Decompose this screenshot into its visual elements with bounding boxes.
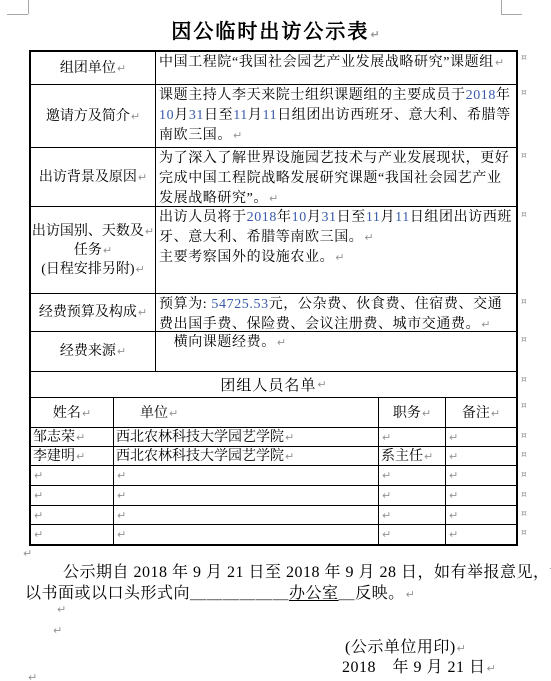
roster-cell: ↵ [379, 525, 446, 544]
paragraph: 主要考察国外的设施农业。↵ [159, 248, 514, 268]
paragraph: 为了深入了解世界设施园艺技术与产业发展现状，更好完成中国工程院战略发展研究课题“… [159, 149, 514, 206]
info-label-cell: 出访背景及原因↵ [31, 148, 156, 206]
roster-body: 邹志荣↵西北农林科技大学园艺学院↵↵↵李建明↵西北农林科技大学园艺学院↵系主任↵… [31, 428, 516, 544]
info-row-group-unit: 组团单位↵ 中国工程院“我国社会园艺产业发展战略研究”课题组↵ [31, 52, 516, 85]
text-segment: 月 [248, 108, 263, 123]
roster-cell: ↵ [446, 486, 516, 505]
roster-cell: ↵ [379, 466, 446, 485]
paragraph-mark: ↵ [449, 431, 458, 444]
roster-row: ↵↵↵↵ [31, 466, 516, 486]
paragraph-mark: ↵ [117, 489, 126, 502]
paragraph: 中国工程院“我国社会园艺产业发展战略研究”课题组↵ [159, 53, 514, 73]
paragraph-mark: ↵ [406, 588, 415, 601]
info-row-inviter: 邀请方及简介↵ 课题主持人李天来院士组织课题组的主要成员于2018年10月31日… [31, 85, 516, 148]
info-content-cell: 为了深入了解世界设施园艺技术与产业发展现状，更好完成中国工程院战略发展研究课题“… [156, 148, 516, 206]
roster-header-remark: 备注↵ [446, 398, 516, 427]
label-line: 出访国别、天数及↵ [32, 222, 154, 241]
row-end-mark: ¤ [521, 53, 527, 63]
info-row-destination: 出访国别、天数及↵任务↵(日程安排另附)↵ 出访人员将于2018年10月31日至… [31, 207, 516, 294]
roster-header-position: 职务↵ [379, 398, 446, 427]
row-end-mark: ¤ [521, 509, 527, 519]
paragraph: 出访人员将于2018年10月31日至11月11日组团出访西班牙、意大利、希腊等南… [159, 208, 514, 248]
paragraph-mark: ↵ [449, 528, 458, 541]
paragraph-mark: ↵ [34, 469, 43, 482]
paragraph: 预算为: 54725.53元，公杂费、伙食费、住宿费、交通费出国手费、保险费、会… [159, 295, 514, 331]
text-segment: ＿＿＿＿＿＿ [190, 585, 289, 602]
roster-cell: ↵ [114, 506, 379, 524]
text-segment: 反映。 [355, 585, 405, 602]
page-title: 因公临时出访公示表↵ [0, 15, 551, 44]
roster-cell: ↵ [31, 466, 114, 485]
text-segment: 为了深入了解世界设施园艺技术与产业发展现状，更好完成中国工程院战略发展研究课题“… [159, 151, 509, 206]
text-segment: 54725.53 [211, 297, 268, 312]
empty-paragraph-mark: ↵ [53, 624, 62, 637]
paragraph-mark: ↵ [117, 62, 126, 75]
text-segment: 月 [174, 108, 189, 123]
text-segment: 年 [496, 88, 511, 103]
paragraph-mark: ↵ [76, 450, 85, 463]
text-segment: 主要考察国外的设施农业。 [159, 250, 334, 265]
info-content-cell: 横向课题经费。↵ [156, 332, 516, 371]
text-segment: 日至 [337, 210, 366, 225]
info-label-cell: 组团单位↵ [31, 52, 156, 84]
info-row-funding-source: 经费来源↵ 横向课题经费。↵ [31, 332, 516, 372]
margin-mark-top-right-v [501, 0, 502, 14]
row-end-mark: ¤ [521, 528, 527, 538]
roster-row: ↵↵↵↵ [31, 486, 516, 506]
text-segment: 月 [381, 210, 396, 225]
roster-cell: ↵ [114, 466, 379, 485]
paragraph-mark: ↵ [382, 431, 391, 444]
notice-form-table: 组团单位↵ 中国工程院“我国社会园艺产业发展战略研究”课题组↵ 邀请方及简介↵ … [29, 50, 518, 546]
info-row-background: 出访背景及原因↵ 为了深入了解世界设施园艺技术与产业发展现状，更好完成中国工程院… [31, 148, 516, 207]
paragraph-mark: ↵ [382, 489, 391, 502]
label-line: 组团单位↵ [60, 59, 126, 78]
paragraph-mark: ↵ [364, 231, 373, 244]
row-end-mark: ¤ [521, 401, 527, 411]
paragraph-mark: ↵ [449, 450, 458, 463]
stamp-date: 2018 年 9 月 21 日↵ [342, 654, 496, 677]
paragraph-mark: ↵ [422, 407, 431, 420]
roster-cell: 邹志荣↵ [31, 428, 114, 446]
roster-header-unit: 单位↵ [114, 398, 379, 427]
paragraph-mark: ↵ [34, 528, 43, 541]
label-line: 经费来源↵ [60, 342, 126, 361]
empty-paragraph-mark: ↵ [23, 547, 32, 560]
info-content-cell: 出访人员将于2018年10月31日至11月11日组团出访西班牙、意大利、希腊等南… [156, 207, 516, 293]
roster-cell: ↵ [31, 486, 114, 505]
row-end-mark: ¤ [521, 210, 527, 220]
paragraph-mark: ↵ [370, 28, 379, 41]
paragraph-mark: ↵ [136, 263, 145, 276]
paragraph-mark: ↵ [424, 450, 433, 463]
text-segment: 年 [277, 210, 292, 225]
text-segment: 课题主持人李天来院士组织课题组的主要成员于 [159, 88, 466, 103]
page-title-text: 因公临时出访公示表 [171, 21, 369, 43]
roster-row: 邹志荣↵西北农林科技大学园艺学院↵↵↵ [31, 428, 516, 447]
info-label-cell: 出访国别、天数及↵任务↵(日程安排另附)↵ [31, 207, 156, 293]
text-segment: 中国工程院“我国社会园艺产业发展战略研究”课题组 [159, 55, 494, 70]
paragraph-mark: ↵ [277, 336, 286, 349]
roster-cell: ↵ [446, 428, 516, 446]
text-segment: 11 [366, 210, 381, 225]
roster-header-row: 姓名↵ 单位↵ 职务↵ 备注↵ [31, 398, 516, 428]
info-content-cell: 课题主持人李天来院士组织课题组的主要成员于2018年10月31日至11月11日组… [156, 85, 516, 147]
row-end-mark: ¤ [521, 375, 527, 385]
row-end-mark: ¤ [521, 431, 527, 441]
roster-cell: ↵ [114, 525, 379, 544]
notice-paragraph-line1: 公示期自 2018 年 9 月 21 日至 2018 年 9 月 28 日，如有… [63, 559, 551, 582]
margin-mark-top-left-v [28, 0, 29, 14]
paragraph-mark: ↵ [317, 378, 326, 391]
row-end-mark: ¤ [521, 151, 527, 161]
roster-cell: ↵ [446, 447, 516, 465]
text-segment: 11 [233, 108, 248, 123]
text-segment: 月 [307, 210, 322, 225]
roster-cell: ↵ [446, 506, 516, 524]
text-segment: 10 [292, 210, 307, 225]
paragraph-mark: ↵ [82, 407, 91, 420]
paragraph-mark: ↵ [449, 469, 458, 482]
roster-section-row: 团组人员名单↵ [31, 372, 516, 398]
paragraph-mark: ↵ [481, 318, 490, 331]
paragraph-mark: ↵ [285, 450, 294, 463]
row-end-mark: ¤ [521, 335, 527, 345]
text-segment: 31 [321, 210, 336, 225]
roster-header-name: 姓名↵ [31, 398, 114, 427]
info-label-cell: 经费预算及构成↵ [31, 294, 156, 331]
text-segment: 10 [159, 108, 174, 123]
label-line: 任务↵ [74, 241, 112, 260]
paragraph-mark: ↵ [382, 509, 391, 522]
paragraph: 横向课题经费。↵ [159, 333, 514, 353]
paragraph-mark: ↵ [269, 192, 278, 205]
roster-section-title: 团组人员名单↵ [31, 372, 516, 397]
info-content-cell: 中国工程院“我国社会园艺产业发展战略研究”课题组↵ [156, 52, 516, 84]
text-segment: 预算为: [159, 297, 211, 312]
paragraph-mark: ↵ [449, 489, 458, 502]
roster-cell: ↵ [31, 506, 114, 524]
text-segment: 31 [189, 108, 204, 123]
roster-section-title-text: 团组人员名单 [220, 374, 316, 395]
paragraph-mark: ↵ [34, 489, 43, 502]
text-segment: 2018 [466, 88, 496, 103]
text-segment: 办公室 [289, 585, 339, 602]
info-label-cell: 经费来源↵ [31, 332, 156, 371]
label-line: 出访背景及原因↵ [39, 168, 147, 187]
paragraph-mark: ↵ [117, 528, 126, 541]
notice-paragraph-line2: 以书面或以口头形式向＿＿＿＿＿＿办公室＿反映。↵ [25, 580, 415, 603]
paragraph-mark: ↵ [138, 306, 147, 319]
paragraph: 课题主持人李天来院士组织课题组的主要成员于2018年10月31日至11月11日组… [159, 86, 514, 146]
roster-cell: ↵ [379, 506, 446, 524]
roster-cell: ↵ [379, 428, 446, 446]
text-segment: 2018 [247, 210, 277, 225]
roster-cell: 西北农林科技大学园艺学院↵ [114, 447, 379, 465]
roster-cell: 西北农林科技大学园艺学院↵ [114, 428, 379, 446]
paragraph-mark: ↵ [449, 509, 458, 522]
roster-row: 李建明↵西北农林科技大学园艺学院↵系主任↵↵ [31, 447, 516, 466]
row-end-mark: ¤ [521, 490, 527, 500]
text-segment: 11 [263, 108, 278, 123]
paragraph-mark: ↵ [285, 431, 294, 444]
roster-cell: ↵ [379, 486, 446, 505]
text-segment: ＿ [339, 585, 356, 602]
paragraph-mark: ↵ [145, 225, 154, 238]
info-label-cell: 邀请方及简介↵ [31, 85, 156, 147]
roster-cell: ↵ [446, 525, 516, 544]
paragraph-mark: ↵ [34, 509, 43, 522]
paragraph-mark: ↵ [491, 407, 500, 420]
roster-cell: 李建明↵ [31, 447, 114, 465]
paragraph-mark: ↵ [117, 345, 126, 358]
label-line: (日程安排另附)↵ [41, 260, 145, 279]
info-row-budget: 经费预算及构成↵ 预算为: 54725.53元，公杂费、伙食费、住宿费、交通费出… [31, 294, 516, 332]
roster-row: ↵↵↵↵ [31, 506, 516, 525]
text-segment: 横向课题经费。 [159, 335, 276, 350]
paragraph-mark: ↵ [382, 469, 391, 482]
paragraph-mark: ↵ [138, 171, 147, 184]
row-end-mark: ¤ [521, 297, 527, 307]
paragraph-mark: ↵ [487, 662, 496, 675]
paragraph-mark: ↵ [169, 407, 178, 420]
row-end-mark: ¤ [521, 88, 527, 98]
paragraph-mark: ↵ [117, 509, 126, 522]
empty-paragraph-mark: ↵ [28, 671, 37, 681]
text-segment: 11 [395, 210, 410, 225]
roster-cell: 系主任↵ [379, 447, 446, 465]
row-end-mark: ¤ [521, 450, 527, 460]
text-segment: 以书面或以口头形式向 [25, 585, 190, 602]
paragraph-mark: ↵ [495, 56, 504, 69]
roster-row: ↵↵↵↵ [31, 525, 516, 544]
paragraph-mark: ↵ [233, 129, 242, 142]
paragraph-mark: ↵ [335, 251, 344, 264]
info-content-cell: 预算为: 54725.53元，公杂费、伙食费、住宿费、交通费出国手费、保险费、会… [156, 294, 516, 331]
label-line: 邀请方及简介↵ [46, 107, 140, 126]
roster-cell: ↵ [31, 525, 114, 544]
label-line: 经费预算及构成↵ [39, 303, 147, 322]
paragraph-mark: ↵ [76, 431, 85, 444]
text-segment: 出访人员将于 [159, 210, 247, 225]
paragraph-mark: ↵ [131, 110, 140, 123]
paragraph-mark: ↵ [117, 469, 126, 482]
row-end-mark: ¤ [521, 470, 527, 480]
text-segment: 日至 [204, 108, 233, 123]
paragraph-mark: ↵ [382, 528, 391, 541]
paragraph-mark: ↵ [103, 244, 112, 257]
roster-cell: ↵ [446, 466, 516, 485]
roster-cell: ↵ [114, 486, 379, 505]
empty-paragraph-mark: ↵ [57, 603, 66, 616]
document-page: 因公临时出访公示表↵ 组团单位↵ 中国工程院“我国社会园艺产业发展战略研究”课题… [0, 0, 551, 681]
